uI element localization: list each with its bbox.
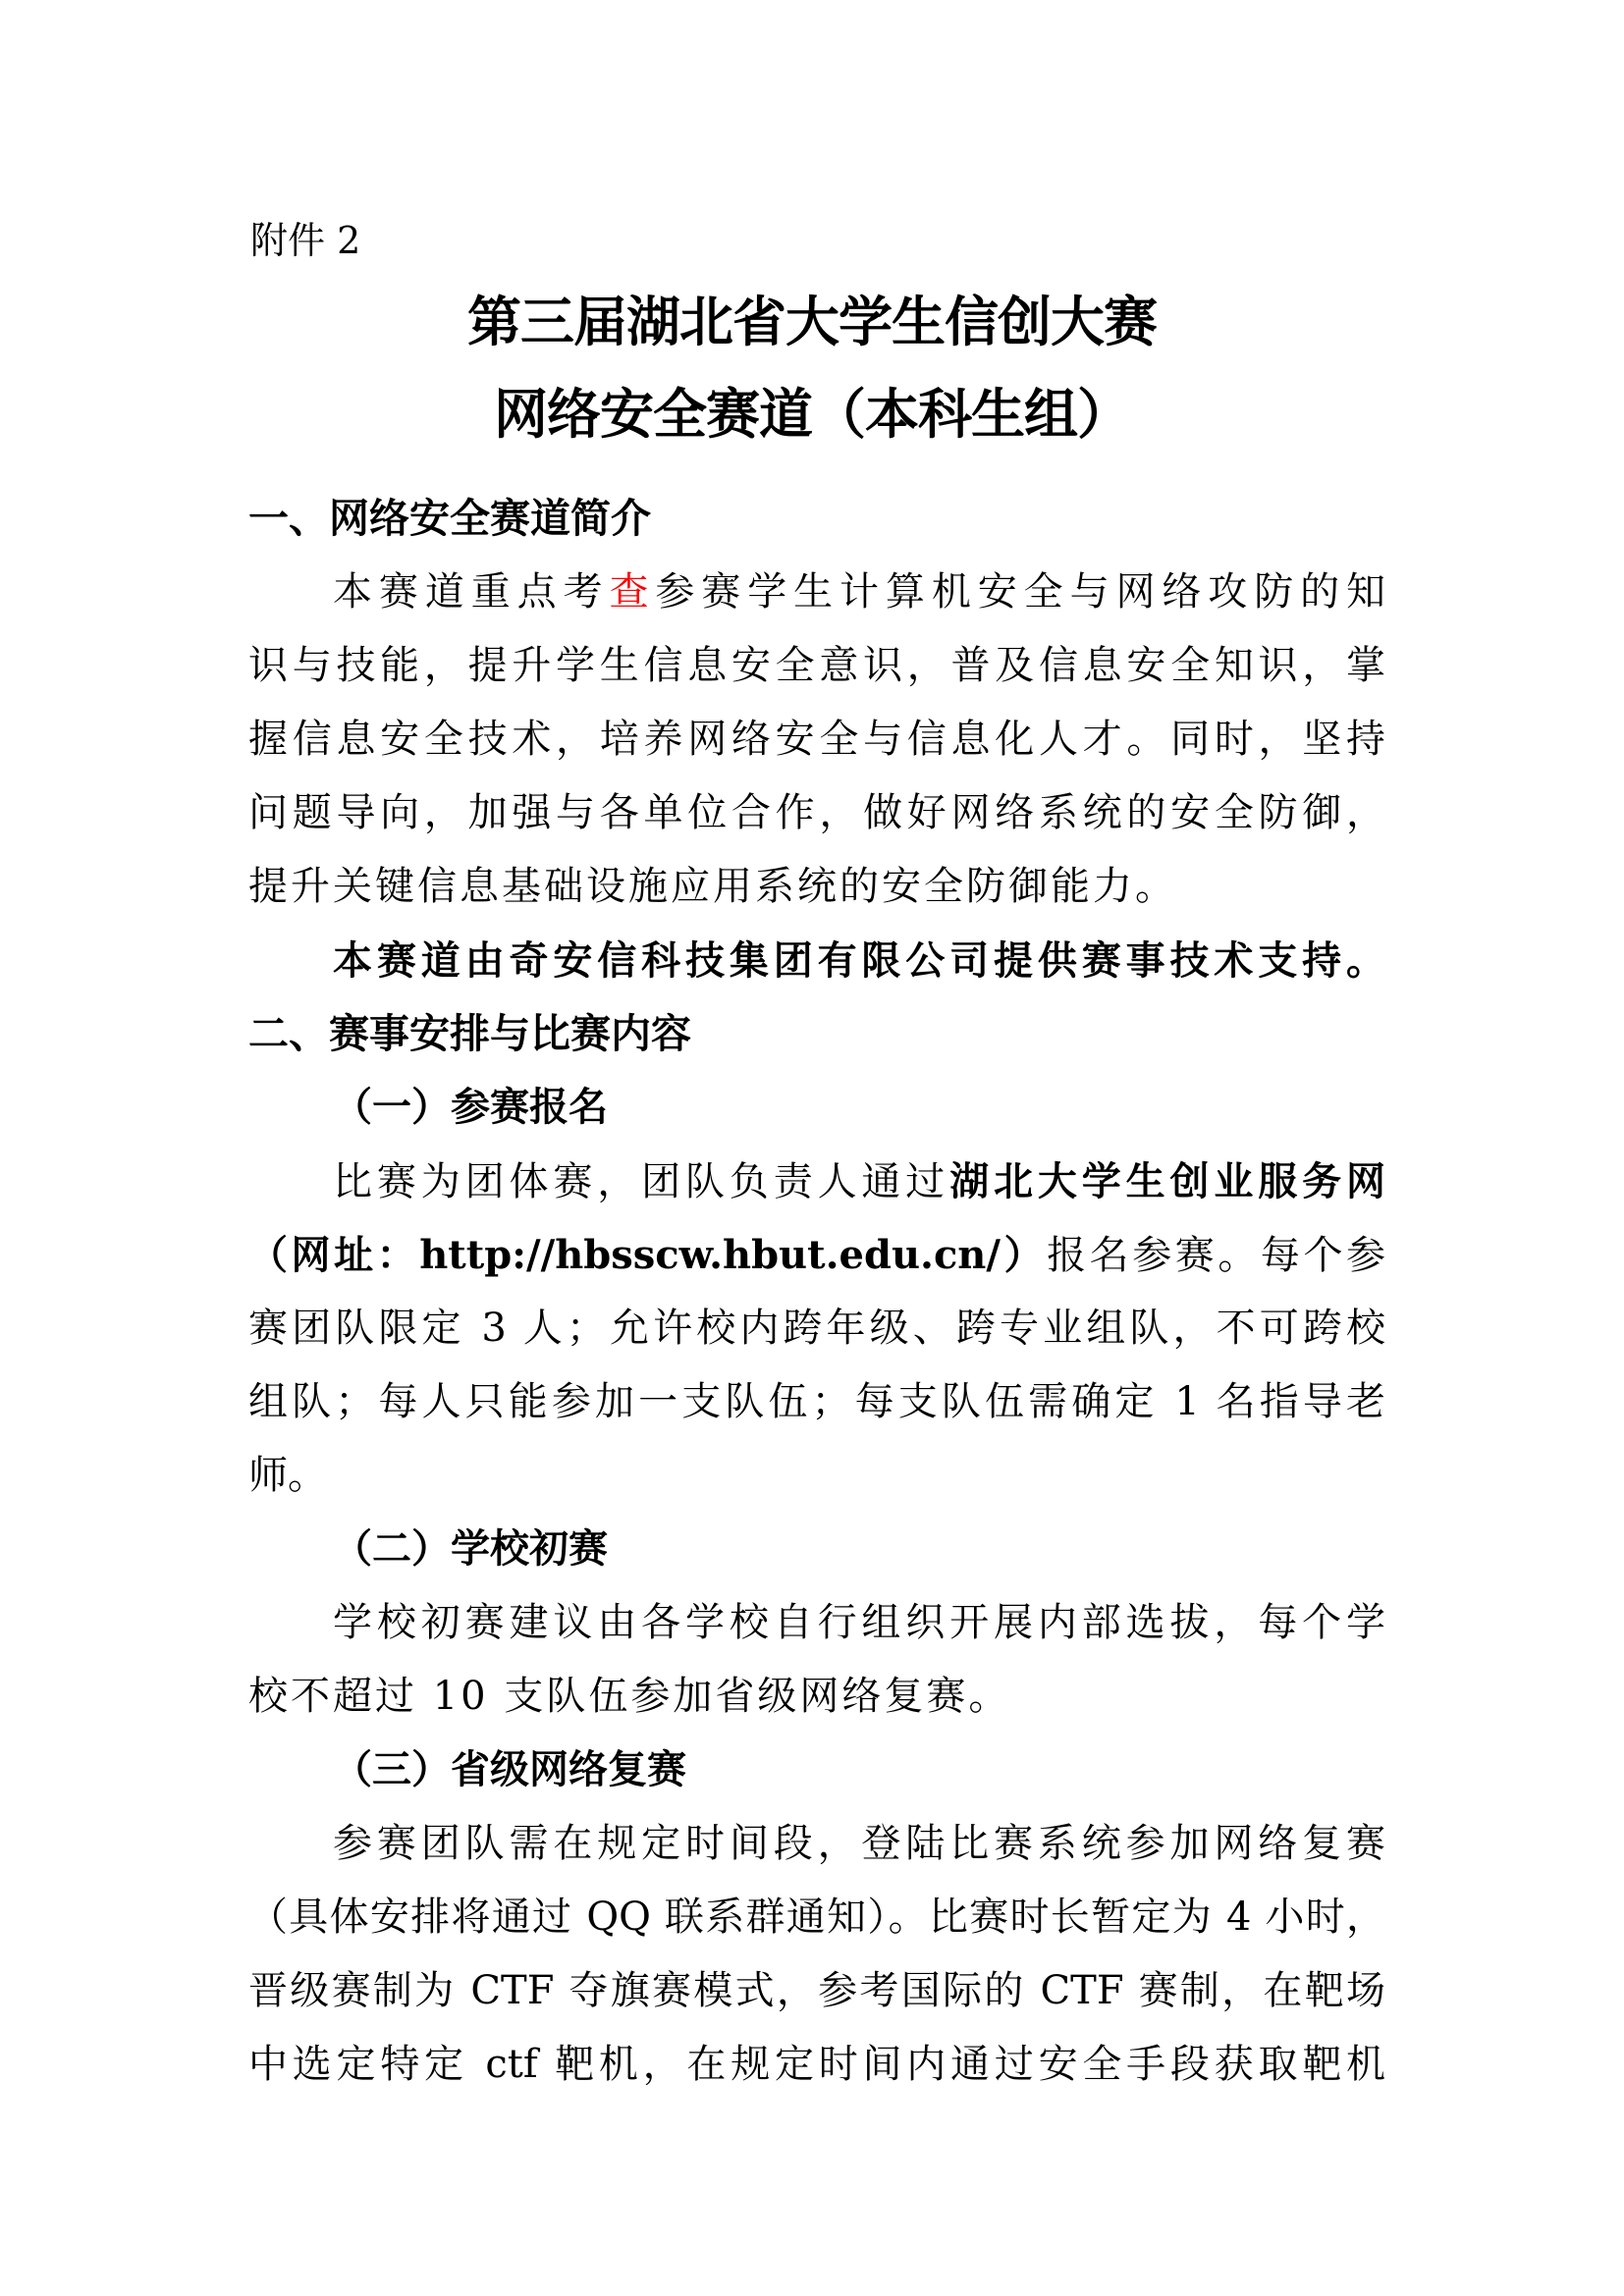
paragraph-line: 学校初赛建议由各学校自行组织开展内部选拔，每个学 [333, 1586, 1385, 1660]
document-page: 附件 2 第三届湖北省大学生信创大赛 网络安全赛道（本科生组） 一、网络安全赛道… [0, 0, 1624, 2296]
subsection-heading-registration: （一）参赛报名 [333, 1071, 1470, 1145]
paragraph-line: 提升关键信息基础设施应用系统的安全防御能力。 [248, 850, 1385, 924]
website-url[interactable]: （网址：http://hbsscw.hbut.edu.cn/） [248, 1232, 1047, 1278]
document-title-line2: 网络安全赛道（本科生组） [0, 375, 1624, 454]
paragraph-line: 赛团队限定 3 人；允许校内跨年级、跨专业组队，不可跨校 [248, 1292, 1385, 1365]
paragraph-line: 握信息安全技术，培养网络安全与信息化人才。同时，坚持 [248, 703, 1385, 776]
sponsor-statement: 本赛道由奇安信科技集团有限公司提供赛事技术支持。 [333, 924, 1385, 997]
paragraph-line: 组队；每人只能参加一支队伍；每支队伍需确定 1 名指导老 [248, 1365, 1385, 1439]
paragraph-line: 师。 [248, 1439, 1385, 1513]
paragraph-line: 比赛为团体赛，团队负责人通过湖北大学生创业服务网 [333, 1145, 1385, 1218]
section-heading-intro: 一、网络安全赛道简介 [248, 482, 1385, 556]
paragraph-line: 校不超过 10 支队伍参加省级网络复赛。 [248, 1660, 1385, 1734]
subsection-heading-provincial-round: （三）省级网络复赛 [333, 1734, 1470, 1807]
text-span: 比赛为团体赛，团队负责人通过 [333, 1159, 949, 1204]
document-title-line1: 第三届湖北省大学生信创大赛 [0, 283, 1624, 361]
paragraph-line: （网址：http://hbsscw.hbut.edu.cn/）报名参赛。每个参 [248, 1218, 1385, 1292]
subsection-heading-school-preliminary: （二）学校初赛 [333, 1513, 1470, 1586]
section-heading-schedule: 二、赛事安排与比赛内容 [248, 997, 1385, 1071]
paragraph-line: 本赛道重点考查参赛学生计算机安全与网络攻防的知 [333, 556, 1385, 629]
text-span: 报名参赛。每个参 [1047, 1233, 1385, 1278]
text-span: 本赛道重点考 [333, 569, 609, 614]
paragraph-line: 识与技能，提升学生信息安全意识，普及信息安全知识，掌 [248, 629, 1385, 703]
paragraph-line: 参赛团队需在规定时间段，登陆比赛系统参加网络复赛 [333, 1807, 1385, 1881]
highlighted-character: 查 [609, 569, 655, 614]
paragraph-line: （具体安排将通过 QQ 联系群通知）。比赛时长暂定为 4 小时， [248, 1881, 1385, 1954]
paragraph-line: 晋级赛制为 CTF 夺旗赛模式，参考国际的 CTF 赛制，在靶场 [248, 1954, 1385, 2028]
website-name: 湖北大学生创业服务网 [949, 1158, 1385, 1204]
paragraph-line: 问题导向，加强与各单位合作，做好网络系统的安全防御， [248, 776, 1385, 850]
paragraph-line: 中选定特定 ctf 靶机，在规定时间内通过安全手段获取靶机 [248, 2028, 1385, 2102]
text-span: 参赛学生计算机安全与网络攻防的知 [655, 569, 1385, 614]
annex-label: 附件 2 [250, 213, 360, 268]
